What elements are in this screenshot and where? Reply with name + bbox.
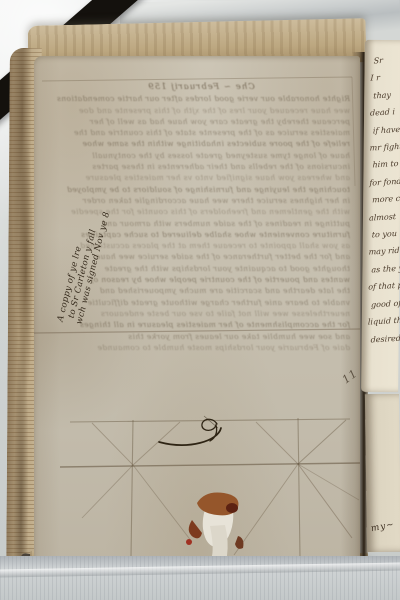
- facing-page-text: SrI rthaydead iif have amr fighthim to t…: [368, 48, 400, 349]
- facing-page-line: him to t: [372, 152, 400, 174]
- facing-page-line: to you: [372, 222, 400, 244]
- facing-page-line: Sr: [374, 48, 400, 70]
- cloth-backdrop-bottom: [0, 556, 400, 600]
- facing-page-lower-leaf: my~: [365, 394, 400, 552]
- bound-volume: Che ~ Februarij 159Righte honorable our …: [6, 14, 378, 580]
- photograph-of-manuscript-book: Che ~ Februarij 159Righte honorable our …: [0, 0, 400, 600]
- manuscript-page: Che ~ Februarij 159Righte honorable our …: [34, 56, 360, 560]
- facing-page-line: more co: [372, 187, 400, 209]
- ink-fragment: my~: [370, 520, 396, 534]
- facing-page: SrI rthaydead iif have amr fighthim to t…: [361, 40, 400, 392]
